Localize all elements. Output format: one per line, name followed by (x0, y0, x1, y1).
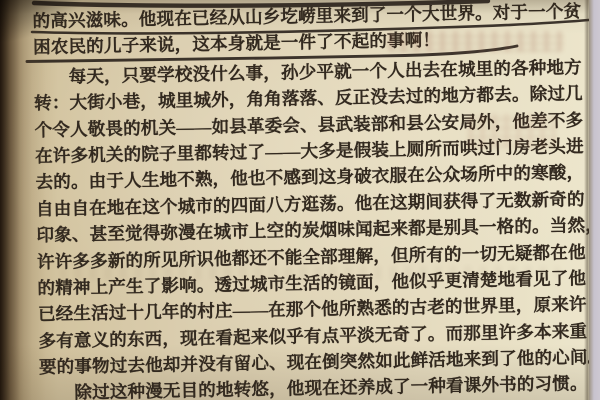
book-page-photo: 的高兴滋味。他现在已经从山乡圪崂里来到了一个大世界。对于一个贫 困农民的儿子来说… (0, 0, 600, 400)
background-surface-strip (589, 0, 600, 400)
page-text: 的高兴滋味。他现在已经从山乡圪崂里来到了一个大世界。对于一个贫 困农民的儿子来说… (32, 0, 595, 400)
